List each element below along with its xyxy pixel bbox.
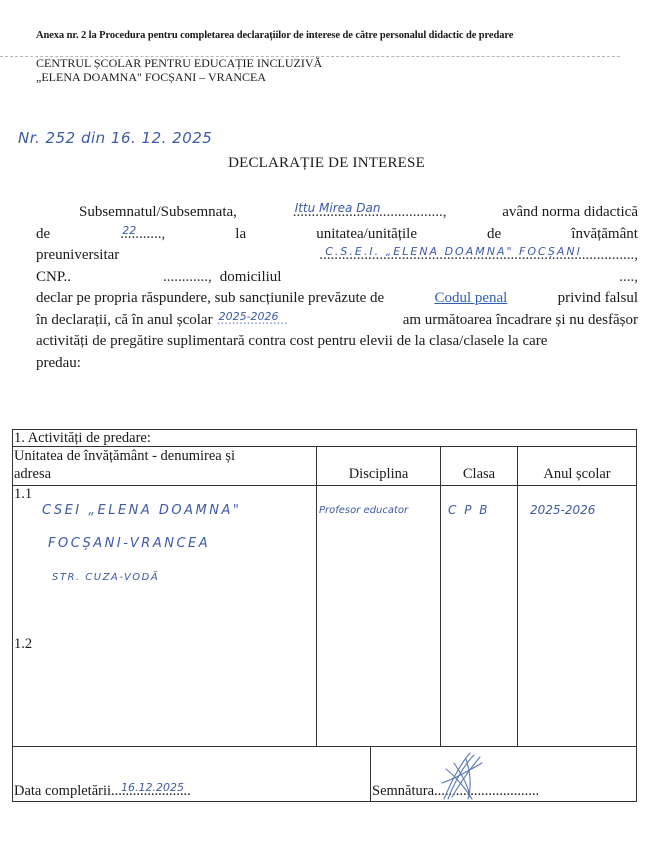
header-unit-line2: adresa [14,466,51,483]
subsemnatul-label: Subsemnatul/Subsemnata, [79,202,237,224]
unit-handwritten: C.S.E.I. „ELENA DOAMNA" FOCȘANI [325,241,582,263]
cnp-field[interactable]: ............, [163,267,212,289]
registration-number: Nr. 252 din 16. 12. 2025 [18,129,212,147]
header-discipline: Disciplina [317,466,440,483]
paragraph-line-5: declar pe propria răspundere, sub sancți… [36,288,638,310]
footer-row-divider [12,746,637,747]
column-divider-discipline [316,446,317,746]
row-index: 1.1 [14,486,32,503]
completion-date-handwritten: 16.12.2025 [121,779,184,796]
row-unit-handwritten-line2[interactable]: FOCȘANI-VRANCEA [48,536,210,551]
row-class-handwritten[interactable]: C P B [448,503,489,517]
row-unit-handwritten-line1[interactable]: CSEI „ELENA DOAMNA" [42,503,241,518]
paragraph-line-7: activități de pregătire suplimentară con… [36,331,638,353]
codul-penal-link[interactable]: Codul penal [434,288,507,310]
paragraph-line-8: predau: [36,353,638,375]
paragraph-line-4: CNP.. ............, domiciliul ...., [36,267,638,289]
cnp-label: CNP.. [36,267,71,289]
column-divider-year [517,446,518,746]
school-year-handwritten: 2025-2026 [219,306,279,328]
header-school-year: Anul școlar [518,466,636,483]
completion-date-label: Data completării [14,783,111,799]
row-discipline-handwritten[interactable]: Profesor educator [319,505,408,516]
teaching-activities-table: 1. Activități de predare: Unitatea de în… [12,429,637,802]
annex-caption: Anexa nr. 2 la Procedura pentru completa… [36,30,513,41]
signature-icon [440,749,484,803]
institution-name: CENTRUL ȘCOLAR PENTRU EDUCAȚIE INCLUZIVĂ [36,56,322,71]
table-border-bottom [12,801,637,802]
signature-label: Semnătura [372,783,434,799]
name-field[interactable]: Ittu Mirea Dan .........................… [293,202,447,224]
document-title: DECLARAȚIE DE INTERESE [0,155,653,172]
norma-handwritten: 22 [122,220,136,242]
row-year-handwritten[interactable]: 2025-2026 [530,503,595,517]
domiciliu-label: domiciliul [220,267,282,289]
section-title: 1. Activități de predare: [14,430,151,447]
domiciliu-field[interactable]: ...., [619,267,638,289]
unit-field[interactable]: C.S.E.I. „ELENA DOAMNA" FOCȘANI ........… [319,245,638,267]
header-unit: Unitatea de învățământ - denumirea și [14,448,235,465]
paragraph-line-3: preuniversitar C.S.E.I. „ELENA DOAMNA" F… [36,245,638,267]
norma-field[interactable]: 22 ..........., [120,224,165,246]
paragraph-line-6: în declarații, că în anul școlar 2025-20… [36,310,638,332]
school-year-field[interactable]: 2025-2026 ................... [217,310,288,332]
row-unit-handwritten-line3[interactable]: STR. CUZA-VODĂ [52,572,159,583]
norma-label: având norma didactică [502,202,638,224]
header-row-divider [12,485,637,486]
footer-column-divider [370,746,371,802]
name-handwritten: Ittu Mirea Dan [295,198,381,220]
header-class: Clasa [441,466,517,483]
institution-location: „ELENA DOAMNA" FOCȘANI – VRANCEA [36,70,266,85]
column-divider-class [440,446,441,746]
completion-date[interactable]: Data completării16.12.2025..............… [14,783,191,800]
declaration-paragraph: Subsemnatul/Subsemnata, Ittu Mirea Dan .… [36,202,638,374]
row-index: 1.2 [14,636,32,653]
